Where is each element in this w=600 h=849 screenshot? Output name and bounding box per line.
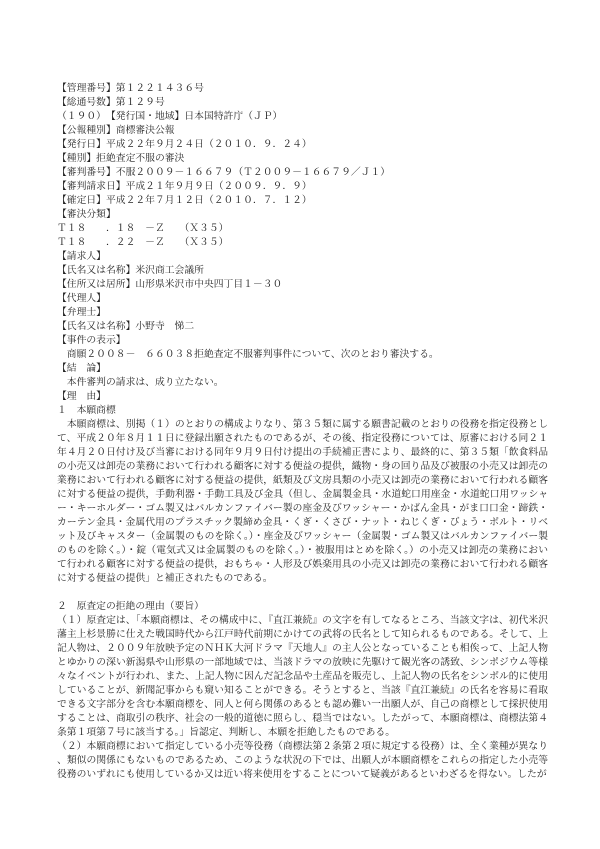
field-total-issue-number: 【総通号数】第１２９号 xyxy=(57,96,548,110)
document-body: 【管理番号】第１２２１４３６号【総通号数】第１２９号（１９０） 【発行国・地域】… xyxy=(57,82,548,782)
field-agent: 【代理人】 xyxy=(57,292,548,306)
field-decision-type: 【種別】拒絶査定不服の審決 xyxy=(57,152,548,166)
field-issue-date: 【発行日】平成２２年９月２４日（２０１０．９．２４） xyxy=(57,138,548,152)
document-page: 【管理番号】第１２２１４３６号【総通号数】第１２９号（１９０） 【発行国・地域】… xyxy=(0,0,600,849)
field-conclusion: 【結 論】 xyxy=(57,362,548,376)
section-2-paragraph-1: （１）原査定は、「本願商標は、その構成中に、『直江兼続』の文字を有してなるところ… xyxy=(57,614,548,740)
case-indication-text: 商願２００８－ ６６０３８拒絶査定不服審判事件について、次のとおり審決する。 xyxy=(57,348,548,362)
field-patent-attorney: 【弁理士】 xyxy=(57,306,548,320)
field-demandant-name: 【氏名又は名称】米沢商工会議所 xyxy=(57,264,548,278)
classification-line-2: Ｔ１８ ．２２ －Ｚ （Ｘ３５） xyxy=(57,236,548,250)
field-demandant: 【請求人】 xyxy=(57,250,548,264)
field-case-indication: 【事件の表示】 xyxy=(57,334,548,348)
field-demandant-address: 【住所又は居所】山形県米沢市中央四丁目１－３０ xyxy=(57,278,548,292)
field-appeal-number: 【審判番号】不服２００９－１６６７９（Ｔ２００９－１６６７９／Ｊ１） xyxy=(57,166,548,180)
section-2-heading: ２ 原査定の拒絶の理由（要旨） xyxy=(57,600,548,614)
blank-line xyxy=(57,586,548,600)
field-decision-classification: 【審決分類】 xyxy=(57,208,548,222)
field-issuing-country: （１９０） 【発行国・地域】日本国特許庁（ＪＰ） xyxy=(57,110,548,124)
section-1-paragraph: 本願商標は、別掲（１）のとおりの構成よりなり、第３５類に属する願書記載のとおりの… xyxy=(57,418,548,586)
field-final-date: 【確定日】平成２２年７月１２日（２０１０．７．１２） xyxy=(57,194,548,208)
field-gazette-type: 【公報種別】商標審決公報 xyxy=(57,124,548,138)
field-management-number: 【管理番号】第１２２１４３６号 xyxy=(57,82,548,96)
conclusion-text: 本件審判の請求は、成り立たない。 xyxy=(57,376,548,390)
field-appeal-request-date: 【審判請求日】平成２１年９月９日（２００９．９．９） xyxy=(57,180,548,194)
section-2-paragraph-2: （２）本願商標において指定している小売等役務（商標法第２条第２項に規定する役務）… xyxy=(57,740,548,782)
classification-line-1: Ｔ１８ ．１８ －Ｚ （Ｘ３５） xyxy=(57,222,548,236)
section-1-heading: １ 本願商標 xyxy=(57,404,548,418)
field-attorney-name: 【氏名又は名称】小野寺 悌二 xyxy=(57,320,548,334)
field-reason: 【理 由】 xyxy=(57,390,548,404)
